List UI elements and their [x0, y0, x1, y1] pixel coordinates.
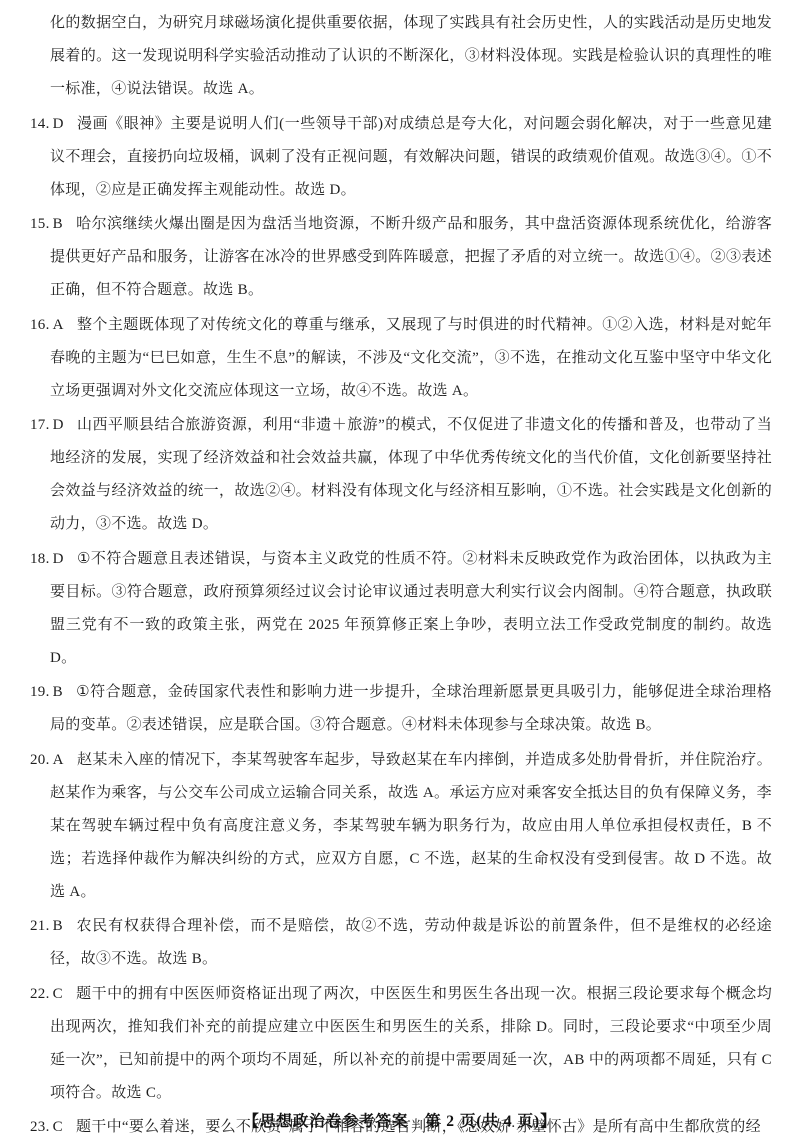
- answer-explanation: 农民有权获得合理补偿，而不是赔偿，故②不选，劳动仲裁是诉讼的前置条件，但不是维权…: [50, 918, 772, 967]
- answer-number: 17.: [30, 417, 50, 433]
- answer-explanation: ①不符合题意且表述错误，与资本主义政党的性质不符。②材料未反映政党作为政治团体，…: [50, 551, 772, 666]
- answer-letter: B: [53, 684, 63, 700]
- answer-explanation: 哈尔滨继续火爆出圈是因为盘活当地资源，不断升级产品和服务，其中盘活资源体现系统优…: [50, 216, 772, 298]
- scanned-answer-page: { "document": { "title": "思想政治卷参考答案", "p…: [0, 0, 800, 1137]
- answer-letter: D: [53, 551, 64, 567]
- answer-letter: D: [53, 116, 64, 132]
- answer-item-20: 20.A赵某未入座的情况下，李某驾驶客车起步，导致赵某在车内摔倒，并造成多处肋骨…: [50, 744, 772, 909]
- answer-letter: B: [53, 216, 63, 232]
- answer-number: 15.: [30, 216, 50, 232]
- answer-item-14: 14.D漫画《眼神》主要是说明人们(一些领导干部)对成绩总是夸大化，对问题会弱化…: [50, 108, 772, 207]
- answer-explanation: ①符合题意，金砖国家代表性和影响力进一步提升，全球治理新愿景更具吸引力，能够促进…: [50, 684, 772, 733]
- answer-letter: C: [53, 986, 63, 1002]
- answer-number: 19.: [30, 684, 50, 700]
- answer-number: 20.: [30, 752, 50, 768]
- answer-number: 16.: [30, 317, 50, 333]
- answer-number: 18.: [30, 551, 50, 567]
- answer-explanation: 赵某未入座的情况下，李某驾驶客车起步，导致赵某在车内摔倒，并造成多处肋骨骨折，并…: [50, 752, 772, 900]
- answer-item-17: 17.D山西平顺县结合旅游资源，利用“非遗＋旅游”的模式，不仅促进了非遗文化的传…: [50, 409, 772, 541]
- answer-item-22: 22.C题干中的拥有中医医师资格证出现了两次，中医医生和男医生各出现一次。根据三…: [50, 978, 772, 1110]
- answer-letter: A: [53, 752, 64, 768]
- answer-item-15: 15.B哈尔滨继续火爆出圈是因为盘活当地资源，不断升级产品和服务，其中盘活资源体…: [50, 208, 772, 307]
- answer-letter: D: [53, 417, 64, 433]
- answer-number: 22.: [30, 986, 50, 1002]
- answer-number: 21.: [30, 918, 50, 934]
- answer-sheet-body: 化的数据空白，为研究月球磁场演化提供重要依据，体现了实践具有社会历史性，人的实践…: [0, 0, 800, 1137]
- answer-13-continuation: 化的数据空白，为研究月球磁场演化提供重要依据，体现了实践具有社会历史性，人的实践…: [50, 7, 772, 106]
- answer-explanation: 山西平顺县结合旅游资源，利用“非遗＋旅游”的模式，不仅促进了非遗文化的传播和普及…: [50, 417, 772, 532]
- answer-item-16: 16.A整个主题既体现了对传统文化的尊重与继承，又展现了与时俱进的时代精神。①②…: [50, 309, 772, 408]
- answer-explanation: 整个主题既体现了对传统文化的尊重与继承，又展现了与时俱进的时代精神。①②入选，材…: [50, 317, 772, 399]
- answer-item-21: 21.B农民有权获得合理补偿，而不是赔偿，故②不选，劳动仲裁是诉讼的前置条件，但…: [50, 910, 772, 976]
- answer-explanation: 漫画《眼神》主要是说明人们(一些领导干部)对成绩总是夸大化，对问题会弱化解决，对…: [50, 116, 772, 198]
- page-footer: 【思想政治卷参考答案 第 2 页(共 4 页)】: [0, 1109, 800, 1131]
- answer-number: 14.: [30, 116, 50, 132]
- answer-item-18: 18.D①不符合题意且表述错误，与资本主义政党的性质不符。②材料未反映政党作为政…: [50, 543, 772, 675]
- answer-letter: A: [53, 317, 64, 333]
- answer-explanation: 题干中的拥有中医医师资格证出现了两次，中医医生和男医生各出现一次。根据三段论要求…: [50, 986, 772, 1101]
- answer-item-19: 19.B①符合题意，金砖国家代表性和影响力进一步提升，全球治理新愿景更具吸引力，…: [50, 676, 772, 742]
- answer-letter: B: [53, 918, 63, 934]
